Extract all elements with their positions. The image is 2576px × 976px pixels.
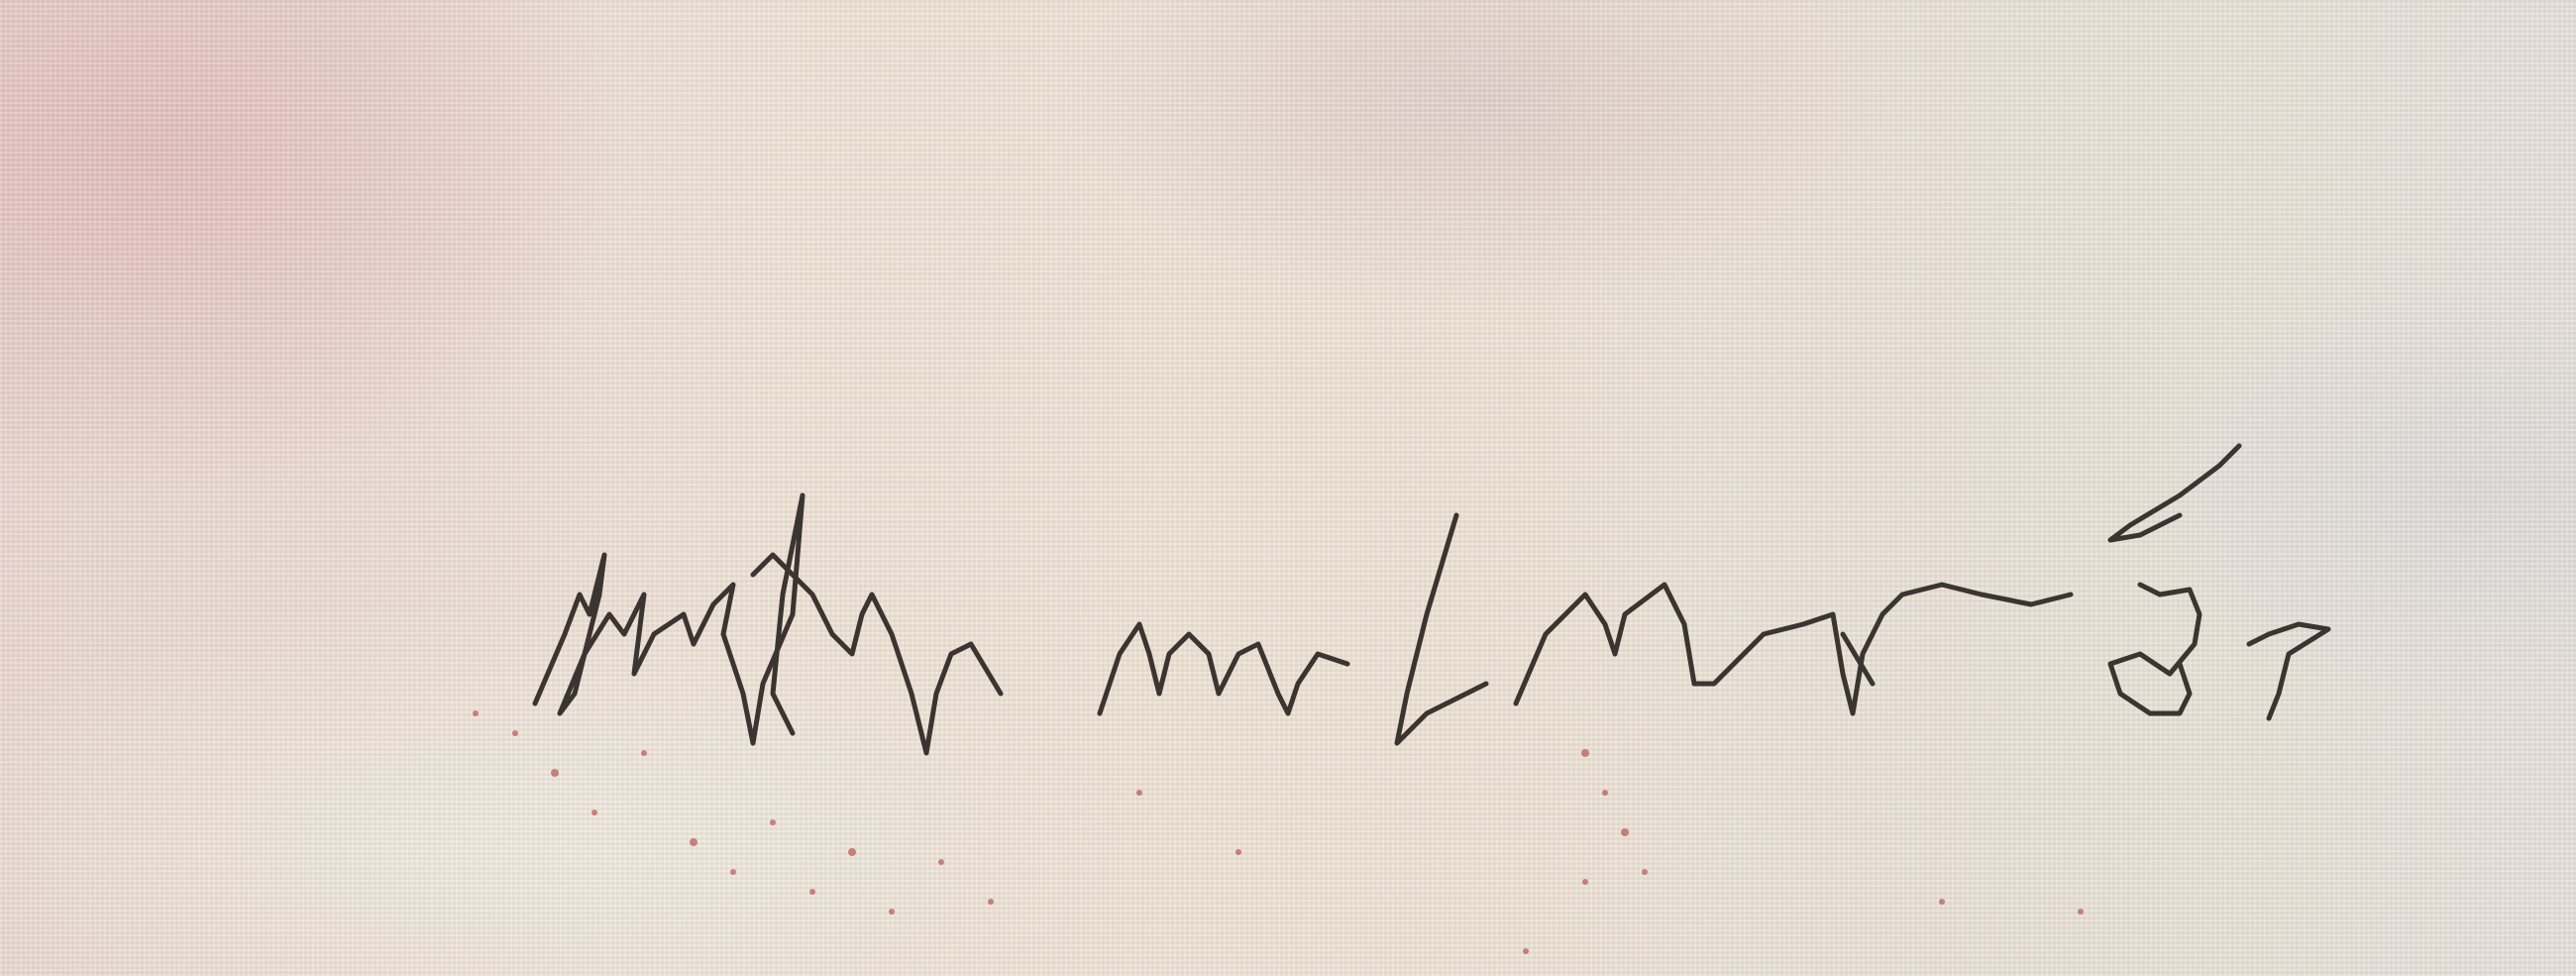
signature-word-3 bbox=[1397, 515, 1486, 743]
artist-signature bbox=[0, 0, 2576, 976]
painted-canvas: Chris van Laar '85 bbox=[0, 0, 2576, 976]
signature-word-1 bbox=[535, 495, 803, 743]
signature-date bbox=[2110, 446, 2239, 540]
signature-word-2 bbox=[1100, 624, 1347, 713]
